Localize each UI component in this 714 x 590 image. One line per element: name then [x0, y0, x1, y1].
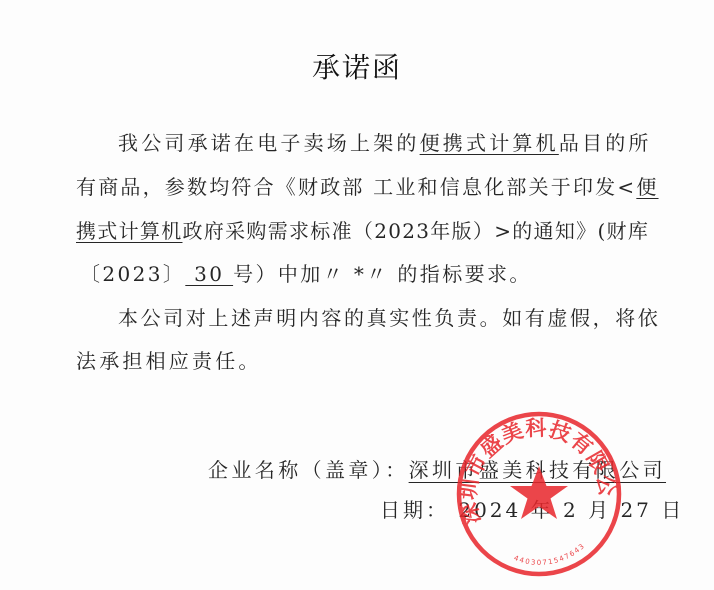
date-day: 27	[620, 498, 651, 522]
underlined-product-name: 便	[636, 175, 658, 199]
paragraph1-line1: 我公司承诺在电子卖场上架的便携式计算机品目的所	[118, 131, 652, 155]
paragraph1-line3: 携式计算机政府采购需求标准（2023年版）>的通知》(财库	[76, 219, 649, 243]
paragraph2-line2: 法承担相应责任。	[76, 349, 262, 373]
text-segment: 有商品，参数均符合《财政部 工业和信息化部关于印发<	[76, 175, 636, 199]
date-month: 2	[563, 498, 579, 522]
svg-text:4403071547643: 4403071547643	[513, 542, 587, 567]
text-segment: 〔2023〕	[80, 262, 185, 286]
text-segment: 号）中加〃 *〃 的指标要求。	[233, 262, 532, 286]
underlined-product-name: 携式计算机	[76, 219, 183, 243]
underlined-document-number: 30	[185, 262, 233, 286]
paragraph1-line4: 〔2023〕 30 号）中加〃 *〃 的指标要求。	[80, 262, 532, 286]
date-label: 日期：	[380, 498, 449, 522]
company-name: 深圳市盛美科技有限公司	[409, 458, 666, 482]
company-signature-line: 企业名称（盖章）：深圳市盛美科技有限公司	[208, 458, 666, 482]
date-year: 2024	[458, 498, 521, 522]
company-label: 企业名称（盖章）：	[208, 458, 409, 482]
text-segment: 政府采购需求标准（2023年版）>的通知》(财库	[183, 219, 650, 243]
document-title: 承诺函	[0, 46, 714, 86]
date-year-unit: 年	[531, 498, 554, 522]
date-day-unit: 日	[661, 498, 684, 522]
underlined-product-name: 便携式计算机	[420, 131, 559, 155]
date-line: 日期： 2024 年 2 月 27 日	[380, 498, 684, 522]
date-month-unit: 月	[588, 498, 611, 522]
text-segment: 品目的所	[559, 131, 652, 155]
company-seal-stamp-icon: 深圳市盛美科技有限公司 4403071547643	[453, 408, 625, 580]
paragraph1-line2: 有商品，参数均符合《财政部 工业和信息化部关于印发<便	[76, 175, 659, 199]
document-page: 承诺函 我公司承诺在电子卖场上架的便携式计算机品目的所 有商品，参数均符合《财政…	[0, 0, 714, 590]
paragraph2-line1: 本公司对上述声明内容的真实性负责。如有虚假，将依	[118, 306, 660, 330]
text-segment: 我公司承诺在电子卖场上架的	[118, 131, 420, 155]
